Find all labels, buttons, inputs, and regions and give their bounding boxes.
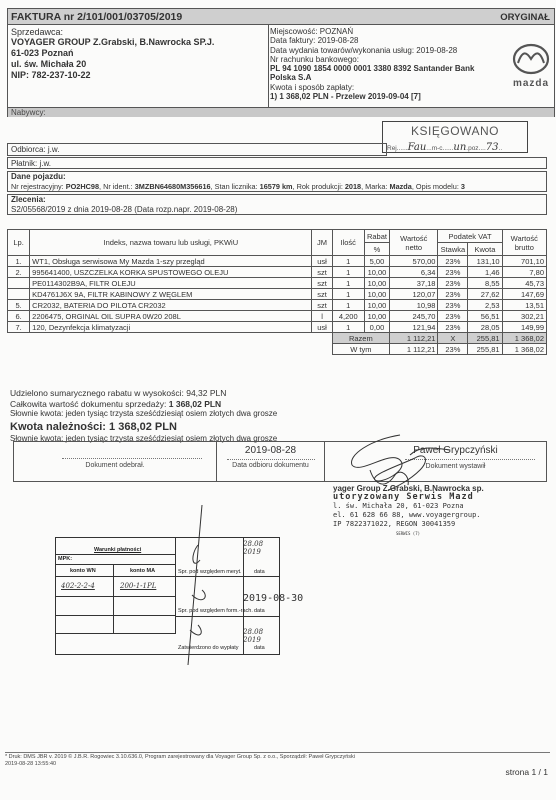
total-value: Całkowita wartość dokumentu sprzedaży: 1… — [10, 399, 410, 410]
cell-discount: 10,00 — [364, 300, 389, 311]
cell-name: WT1, Obsługa serwisowa My Mazda 1-szy pr… — [30, 256, 312, 267]
seller-nip: NIP: 782-237-10-22 — [11, 70, 265, 81]
merit-check-date: 28.08 2019 — [243, 540, 283, 556]
initials-scribble-icon — [180, 505, 220, 670]
payer: Płatnik: j.w. — [11, 159, 51, 168]
invoice-title: FAKTURA nr 2/101/001/03705/2019 — [11, 11, 182, 23]
cell-unit: szt — [312, 300, 332, 311]
cell-qty: 1 — [332, 300, 364, 311]
received-label: Dokument odebrał. — [14, 462, 216, 469]
mazda-logo-icon: mazda — [506, 39, 556, 94]
footer-timestamp: 2019-08-28 13:55:40 — [5, 761, 550, 768]
page-number: strona 1 / 1 — [505, 767, 548, 777]
table-row: PE0114302B9A, FILTR OLEJUszt110,0037,182… — [8, 278, 547, 289]
booked-stamp: KSIĘGOWANO Rej......Fau...m-c......un.po… — [382, 121, 528, 153]
cell-gross: 7,80 — [502, 267, 546, 278]
cell-discount: 10,00 — [364, 289, 389, 300]
cell-lp: 5. — [8, 300, 30, 311]
recipient: Odbiorca: j.w. — [11, 145, 59, 154]
receipt-date-cell: 2019-08-28 Data odbioru dokumentu — [217, 442, 325, 481]
cell-rate: 23% — [438, 278, 468, 289]
cell-gross: 701,10 — [502, 256, 546, 267]
cell-discount: 0,00 — [364, 322, 389, 333]
cell-unit: szt — [312, 278, 332, 289]
cell-unit: usł — [312, 322, 332, 333]
invoice-date: Data faktury: 2019-08-28 — [270, 36, 506, 45]
delivery-date: Data wydania towarów/wykonania usług: 20… — [270, 46, 506, 55]
cell-lp: 2. — [8, 267, 30, 278]
cell-discount: 10,00 — [364, 278, 389, 289]
cell-net: 37,18 — [390, 278, 438, 289]
seller-label: Sprzedawca: — [11, 27, 265, 37]
col-net: Wartość netto — [390, 230, 438, 256]
copy-label: ORYGINAŁ — [500, 12, 550, 23]
footer-print-info: * Druk: DMS JBR v. 2019 © J.B.R. Rogowie… — [5, 754, 550, 761]
cell-vat: 2,53 — [468, 300, 502, 311]
bank-account: PL 94 1090 1854 0000 0001 3380 8392 Sant… — [270, 64, 474, 73]
cell-rate: 23% — [438, 300, 468, 311]
invoice-title-bar: FAKTURA nr 2/101/001/03705/2019 ORYGINAŁ — [8, 9, 554, 25]
place: Miejscowość: POZNAŃ — [270, 27, 506, 36]
cell-name: PE0114302B9A, FILTR OLEJU — [30, 278, 312, 289]
discount-summary: Udzielono sumarycznego rabatu w wysokośc… — [10, 388, 410, 399]
cell-vat: 131,10 — [468, 256, 502, 267]
invoice-header: FAKTURA nr 2/101/001/03705/2019 ORYGINAŁ… — [7, 8, 555, 117]
footer: * Druk: DMS JBR v. 2019 © J.B.R. Rogowie… — [5, 752, 550, 768]
cell-vat: 27,62 — [468, 289, 502, 300]
recipient-box: Odbiorca: j.w. — [7, 143, 387, 156]
cell-unit: usł — [312, 256, 332, 267]
signature-row: Dokument odebrał. 2019-08-28 Data odbior… — [13, 441, 547, 482]
orders-box: Zlecenia: S2/05568/2019 z dnia 2019-08-2… — [7, 194, 547, 215]
bank-account-cont: Polska S.A — [270, 73, 311, 82]
formal-check-date: 2019-08-30 — [243, 593, 303, 604]
cell-net: 10,98 — [390, 300, 438, 311]
cell-qty: 1 — [332, 256, 364, 267]
cell-lp: 7. — [8, 322, 30, 333]
receipt-date-label: Data odbioru dokumentu — [217, 462, 324, 469]
vehicle-details: Nr rejestracyjny: PO2HC98, Nr ident.: 3M… — [11, 182, 465, 191]
cell-rate: 23% — [438, 322, 468, 333]
table-row: 7.120, Dezynfekcja klimatyzacjiusł10,001… — [8, 322, 547, 333]
buyer-bar: Nabywcy: — [8, 107, 554, 117]
payer-box: Płatnik: j.w. — [7, 157, 547, 169]
brand-wordmark: mazda — [513, 78, 549, 89]
cell-vat: 28,05 — [468, 322, 502, 333]
receipt-date: 2019-08-28 — [217, 445, 324, 456]
cell-gross: 302,21 — [502, 311, 546, 322]
cell-lp — [8, 278, 30, 289]
col-vat: Podatek VAT — [438, 230, 502, 243]
company-stamp: yager Group Z.Grabski, B.Nawrocka sp. ut… — [333, 484, 533, 538]
items-table: Lp. Indeks, nazwa towaru lub usługi, PKW… — [7, 229, 547, 355]
of-which-row: W tym 1 112,21 23% 255,81 1 368,02 — [8, 344, 547, 355]
bank-label: Nr rachunku bankowego: — [270, 55, 506, 64]
col-lp: Lp. — [8, 230, 30, 256]
cell-net: 120,07 — [390, 289, 438, 300]
table-row: 5.CR2032, BATERIA DO PILOTA CR2032szt110… — [8, 300, 547, 311]
cell-net: 6,34 — [390, 267, 438, 278]
cell-qty: 4,200 — [332, 311, 364, 322]
cell-net: 245,70 — [390, 311, 438, 322]
cell-name: 120, Dezynfekcja klimatyzacji — [30, 322, 312, 333]
seller-city: 61-023 Poznań — [11, 48, 265, 59]
payment-value: 1) 1 368,02 PLN - Przelew 2019-09-04 [7] — [270, 92, 421, 101]
cell-gross: 149,99 — [502, 322, 546, 333]
cell-qty: 1 — [332, 322, 364, 333]
cell-net: 570,00 — [390, 256, 438, 267]
vehicle-box: Dane pojazdu: Nr rejestracyjny: PO2HC98,… — [7, 171, 547, 192]
payment-label: Kwota i sposób zapłaty: — [270, 83, 506, 92]
col-gross: Wartość brutto — [502, 230, 546, 256]
cell-lp — [8, 289, 30, 300]
cell-vat: 8,55 — [468, 278, 502, 289]
cell-gross: 147,69 — [502, 289, 546, 300]
seller-name: VOYAGER GROUP Z.Grabski, B.Nawrocka SP.J… — [11, 37, 265, 48]
cell-name: 2206475, ORGINAL OIL SUPRA 0W20 208L — [30, 311, 312, 322]
seller-block: Sprzedawca: VOYAGER GROUP Z.Grabski, B.N… — [8, 25, 269, 107]
cell-unit: szt — [312, 267, 332, 278]
orders-label: Zlecenia: — [11, 195, 46, 204]
credit-account: 200-1-1PL — [120, 582, 156, 590]
col-discount: Rabat — [364, 230, 389, 243]
booked-title: KSIĘGOWANO — [383, 124, 527, 138]
debit-account: 402-2-2-4 — [61, 582, 95, 590]
cell-rate: 23% — [438, 256, 468, 267]
invoice-meta: Miejscowość: POZNAŃ Data faktury: 2019-0… — [270, 27, 506, 101]
seller-street: ul. św. Michała 20 — [11, 59, 265, 70]
cell-qty: 1 — [332, 289, 364, 300]
cell-gross: 45,73 — [502, 278, 546, 289]
col-qty: Ilość — [332, 230, 364, 256]
orders-value: S2/05568/2019 z dnia 2019-08-28 (Data ro… — [11, 205, 237, 214]
buyer-label: Nabywcy: — [11, 108, 46, 117]
table-row: 2.995641400, USZCZELKA KORKA SPUSTOWEGO … — [8, 267, 547, 278]
cell-name: 995641400, USZCZELKA KORKA SPUSTOWEGO OL… — [30, 267, 312, 278]
col-name: Indeks, nazwa towaru lub usługi, PKWiU — [30, 230, 312, 256]
col-unit: JM — [312, 230, 332, 256]
booked-register: Rej......Fau...m-c......un.poz....73.. — [387, 142, 525, 153]
cell-lp: 1. — [8, 256, 30, 267]
approval-date: 28.08 2019 — [243, 628, 283, 644]
total-row: Razem 1 112,21 X 255,81 1 368,02 — [8, 333, 547, 344]
cell-gross: 13,51 — [502, 300, 546, 311]
cell-discount: 10,00 — [364, 311, 389, 322]
received-by-cell: Dokument odebrał. — [14, 442, 217, 481]
cell-name: KD4761J6X 9A, FILTR KABINOWY Z WĘGLEM — [30, 289, 312, 300]
cell-discount: 5,00 — [364, 256, 389, 267]
cell-qty: 1 — [332, 278, 364, 289]
col-discount-unit: % — [364, 243, 389, 256]
cell-qty: 1 — [332, 267, 364, 278]
cell-rate: 23% — [438, 311, 468, 322]
cell-lp: 6. — [8, 311, 30, 322]
cell-vat: 1,46 — [468, 267, 502, 278]
cell-rate: 23% — [438, 289, 468, 300]
cell-net: 121,94 — [390, 322, 438, 333]
cell-name: CR2032, BATERIA DO PILOTA CR2032 — [30, 300, 312, 311]
vehicle-label: Dane pojazdu: — [11, 172, 66, 181]
cell-unit: l — [312, 311, 332, 322]
cell-vat: 56,51 — [468, 311, 502, 322]
table-row: KD4761J6X 9A, FILTR KABINOWY Z WĘGLEMszt… — [8, 289, 547, 300]
table-row: 1.WT1, Obsługa serwisowa My Mazda 1-szy … — [8, 256, 547, 267]
col-vat-amount: Kwota — [468, 243, 502, 256]
col-vat-rate: Stawka — [438, 243, 468, 256]
cell-discount: 10,00 — [364, 267, 389, 278]
amount-in-words-1: Słownie kwota: jeden tysiąc trzysta sześ… — [10, 409, 410, 420]
table-row: 6.2206475, ORGINAL OIL SUPRA 0W20 208Ll4… — [8, 311, 547, 322]
cell-unit: szt — [312, 289, 332, 300]
cell-rate: 23% — [438, 267, 468, 278]
